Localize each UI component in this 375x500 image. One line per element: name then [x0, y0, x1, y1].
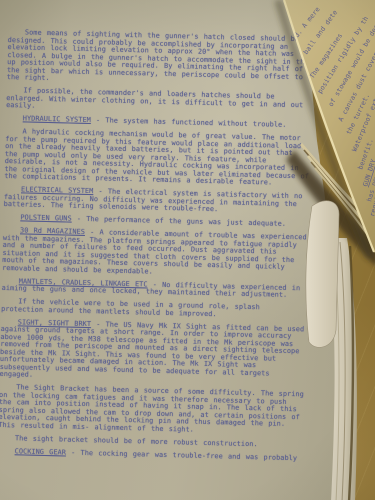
paragraph-hatches: If possible, the commander's and loaders…: [6, 87, 311, 117]
section-body: The sight bracket should be of more robu…: [15, 434, 258, 448]
folded-page-line: of stowage would be des: [327, 23, 375, 108]
section-body: - The US Navy Mk IX Sight as fitted can …: [0, 320, 304, 379]
report-page: Some means of sighting with the gunner's…: [0, 0, 375, 500]
paragraph-sight-bracket-intro: SIGHT, SIGHT BRKT - The US Navy Mk IX Si…: [0, 318, 306, 385]
paragraph-hydraulic-cocking: A hydraulic cocking mechanism would be o…: [4, 128, 310, 188]
paragraph-sighting: Some means of sighting with the gunner's…: [7, 29, 313, 89]
section-body: - The cocking gear was trouble-free and …: [66, 448, 297, 462]
section-body: - A considerable amount of trouble was e…: [2, 228, 307, 275]
section-heading: HYDRAULIC SYSTEM: [23, 114, 91, 124]
folded-page-heading-line: GUN DRY: [361, 158, 375, 188]
section-body: - The performance of the guns was just a…: [72, 215, 287, 228]
folded-page-line: position rigidly by th: [316, 15, 370, 95]
section-body: Some means of sighting with the gunner's…: [7, 28, 309, 82]
section-body: A hydraulic cocking mechanism would be o…: [4, 127, 309, 186]
typed-text: Some means of sighting with the gunner's…: [0, 29, 313, 468]
section-heading: POLSTEN GUNS: [20, 213, 71, 222]
folded-page-line: required: [368, 184, 375, 218]
section-body: - The system has functioned without trou…: [91, 116, 287, 129]
paragraph-sight-bracket-detail: The Sight Bracket has been a source of s…: [0, 384, 304, 436]
paragraph-cocking-gear: COCKING GEAR - The cocking gear was trou…: [0, 447, 303, 462]
paragraph-splash-protection: If the vehicle were to be used in a grou…: [1, 298, 306, 320]
section-body: If possible, the commander's and loaders…: [6, 86, 303, 109]
paragraph-mantlets: MANTLETS, CRADLES, LINKAGE ETC - No diff…: [2, 277, 307, 299]
paragraph-electrical-system: ELECTRICAL SYSTEM - The electrical syste…: [4, 186, 309, 216]
section-heading: COCKING GEAR: [15, 447, 66, 456]
folded-page-line: Waterproof exte: [350, 93, 375, 152]
photo-of-typed-report: Some means of sighting with the gunner's…: [0, 0, 375, 500]
folded-page-line: A canvas dust cover: [337, 51, 375, 123]
section-body: If the vehicle were to be used in a grou…: [1, 297, 260, 317]
folded-page-line: The magazines: [308, 32, 344, 80]
section-body: The Sight Bracket has been a source of s…: [0, 383, 304, 433]
paragraph-magazines: 30 Rd MAGAZINES - A considerable amount …: [2, 227, 308, 279]
folded-page-line: the turret.: [345, 92, 372, 136]
folded-page-line: has now: [365, 173, 375, 203]
folded-page-line: benefit.: [356, 137, 375, 170]
